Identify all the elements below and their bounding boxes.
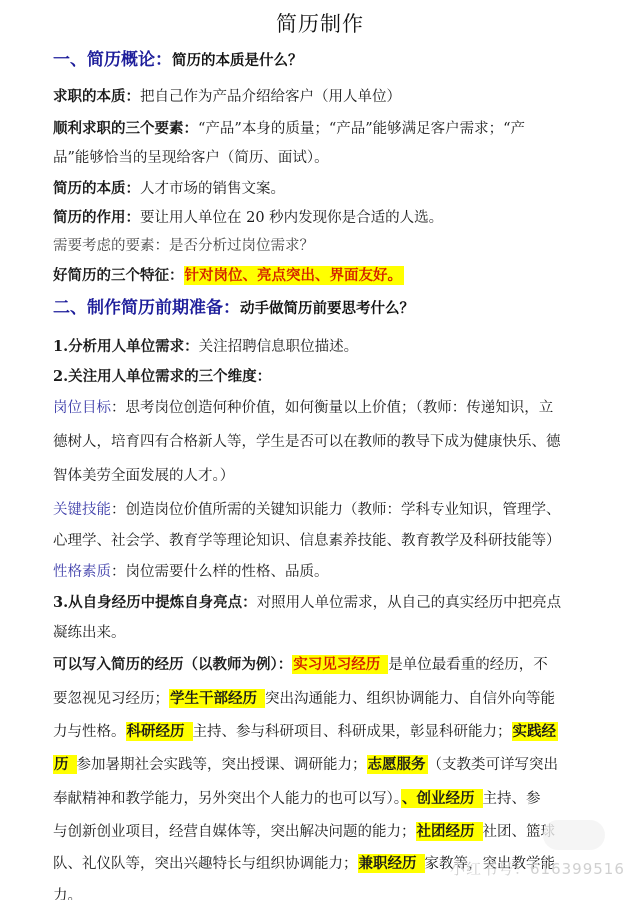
text: 把自己作为产品介绍给客户（用人单位）: [140, 89, 401, 105]
section1-subheading: 简历的本质是什么？: [172, 52, 303, 69]
experience-line-2: 要忽视见习经历；学生干部经历突出沟通能力、组织协调能力、自信外向等能: [53, 688, 555, 710]
text: 对照用人单位需求，从自己的真实经历中把亮点: [257, 595, 562, 611]
text: 与创新创业项目，经营自媒体等，突出解决问题的能力；: [53, 824, 416, 840]
highlight-practice-cont: 历: [53, 755, 77, 774]
text: 要忽视见习经历；: [53, 691, 169, 707]
paragraph-resume-essence: 简历的本质：人才市场的销售文案。: [53, 178, 285, 200]
text: “产品”本身的质量；“产品”能够满足客户需求；“产: [198, 121, 525, 137]
highlight-parttime: 兼职经历: [358, 854, 425, 873]
text: ：思考岗位创造何种价值，如何衡量以上价值；（教师：传递知识，立: [111, 400, 553, 416]
dimension-key-skills-cont: 心理学、社会学、教育学等理论知识、信息素养技能、教育教学及科研技能等）: [53, 531, 561, 552]
dimension-key-skills: 关键技能：创造岗位价值所需的关键知识能力（教师：学科专业知识，管理学、: [53, 500, 561, 521]
text: 突出沟通能力、组织协调能力、自信外向等能: [265, 691, 555, 707]
section2-subheading: 动手做简历前要思考什么？: [240, 300, 414, 317]
text: 奉献精神和教学能力，另外突出个人能力的也可以写）。: [53, 791, 401, 807]
experience-line-5: 奉献精神和教学能力，另外突出个人能力的也可以写）。、创业经历主持、参: [53, 788, 541, 810]
page-title: 简历制作: [0, 8, 640, 38]
label: 求职的本质：: [53, 88, 140, 105]
label: 1.分析用人单位需求：: [53, 338, 199, 355]
label: 可以写入简历的经历（以教师为例）：: [53, 656, 292, 673]
highlight-startup: 、创业经历: [401, 789, 483, 808]
section2-heading: 二、制作简历前期准备：: [53, 298, 240, 318]
experience-line-8: 力。: [53, 886, 82, 900]
label: 性格素质: [53, 564, 111, 580]
text: 心理学、社会学、教育学等理论知识、信息素养技能、教育教学及科研技能等）: [53, 533, 561, 549]
step-1: 1.分析用人单位需求：关注招聘信息职位描述。: [53, 336, 358, 358]
label: 简历的作用：: [53, 209, 140, 226]
text: 德树人，培育四有合格新人等，学生是否可以在教师的教导下成为健康快乐、德: [53, 434, 561, 450]
text: 队、礼仪队等，突出兴趣特长与组织协调能力；: [53, 856, 358, 872]
text: 参加暑期社会实践等，突出授课、调研能力；: [77, 757, 367, 773]
text: ：岗位需要什么样的性格、品质。: [111, 564, 329, 580]
text: 关注招聘信息职位描述。: [199, 339, 359, 355]
text: 品”能够恰当的呈现给客户（简历、面试）。: [53, 150, 329, 166]
dimension-job-goal-cont: 德树人，培育四有合格新人等，学生是否可以在教师的教导下成为健康快乐、德: [53, 432, 561, 453]
highlight-text: 针对岗位、亮点突出、界面友好。: [184, 266, 405, 285]
text: 主持、参与科研项目、科研成果，彰显科研能力；: [193, 724, 512, 740]
dimension-job-goal-cont2: 智体美劳全面发展的人才。）: [53, 466, 234, 487]
paragraph-good-resume: 好简历的三个特征：针对岗位、亮点突出、界面友好。: [53, 265, 404, 287]
highlight-internship: 实习见习经历: [292, 655, 388, 674]
paragraph-three-elements-cont: 品”能够恰当的呈现给客户（简历、面试）。: [53, 148, 329, 169]
section2-heading-row: 二、制作简历前期准备：动手做简历前要思考什么？: [53, 298, 414, 320]
label: 简历的本质：: [53, 180, 140, 197]
label: 顺利求职的三个要素：: [53, 120, 198, 137]
step-3: 3.从自身经历中提炼自身亮点：对照用人单位需求，从自己的真实经历中把亮点: [53, 592, 561, 614]
text: 是单位最看重的经历，不: [388, 657, 548, 673]
step-3-cont: 凝练出来。: [53, 623, 126, 644]
label: 2.关注用人单位需求的三个维度：: [53, 368, 271, 385]
text: ：创造岗位价值所需的关键知识能力（教师：学科专业知识，管理学、: [111, 502, 561, 518]
text: 凝练出来。: [53, 625, 126, 641]
text: 需要考虑的要素：是否分析过岗位需求？: [53, 238, 314, 254]
label: 关键技能: [53, 502, 111, 518]
text: （支教类可详写突出: [428, 757, 559, 773]
experience-line-6: 与创新创业项目，经营自媒体等，突出解决问题的能力；社团经历社团、篮球: [53, 821, 555, 843]
highlight-research: 科研经历: [126, 722, 193, 741]
experience-line-4: 历参加暑期社会实践等，突出授课、调研能力；志愿服务（支教类可详写突出: [53, 754, 558, 776]
text: 人才市场的销售文案。: [140, 181, 285, 197]
label: 岗位目标: [53, 400, 111, 416]
dimension-personality: 性格素质：岗位需要什么样的性格、品质。: [53, 562, 329, 583]
experience-line-1: 可以写入简历的经历（以教师为例）：实习见习经历是单位最看重的经历，不: [53, 654, 548, 676]
text: 智体美劳全面发展的人才。）: [53, 468, 234, 484]
highlight-volunteer: 志愿服务: [367, 755, 428, 774]
text: 主持、参: [483, 791, 541, 807]
text: 力与性格。: [53, 724, 126, 740]
section1-heading-row: 一、简历概论：简历的本质是什么？: [53, 50, 303, 72]
highlight-club: 社团经历: [416, 822, 483, 841]
label: 好简历的三个特征：: [53, 267, 184, 284]
watermark-badge: [543, 820, 605, 850]
label: 3.从自身经历中提炼自身亮点：: [53, 594, 257, 611]
section1-heading: 一、简历概论：: [53, 50, 172, 70]
paragraph-job-essence: 求职的本质：把自己作为产品介绍给客户（用人单位）: [53, 86, 401, 108]
document-page: 简历制作 一、简历概论：简历的本质是什么？ 求职的本质：把自己作为产品介绍给客户…: [0, 0, 640, 900]
step-2: 2.关注用人单位需求的三个维度：: [53, 366, 271, 388]
text: 力。: [53, 888, 82, 900]
paragraph-three-elements: 顺利求职的三个要素：“产品”本身的质量；“产品”能够满足客户需求；“产: [53, 118, 525, 140]
dimension-job-goal: 岗位目标：思考岗位创造何种价值，如何衡量以上价值；（教师：传递知识，立: [53, 398, 553, 419]
highlight-student-cadre: 学生干部经历: [169, 689, 265, 708]
experience-line-3: 力与性格。科研经历主持、参与科研项目、科研成果，彰显科研能力；实践经: [53, 721, 558, 743]
paragraph-resume-purpose: 简历的作用：要让用人单位在 20 秒内发现你是合适的人选。: [53, 207, 443, 229]
highlight-practice: 实践经: [512, 722, 559, 741]
text: 要让用人单位在 20 秒内发现你是合适的人选。: [140, 210, 443, 226]
paragraph-considerations: 需要考虑的要素：是否分析过岗位需求？: [53, 236, 314, 257]
watermark: 小红书号：616399516: [450, 858, 625, 879]
